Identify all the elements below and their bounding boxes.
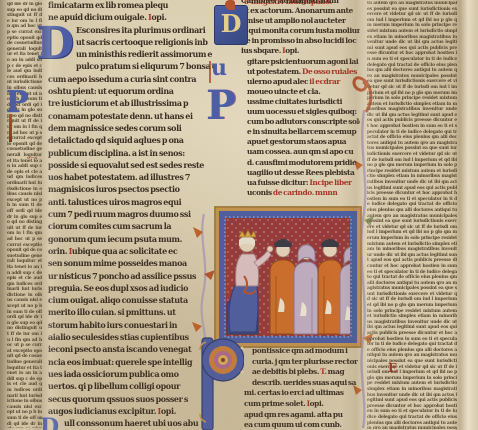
text-line: ut potestatem. De osso ruiales [241, 67, 360, 77]
text-line: gitare psicientuorum agoni lai [241, 57, 360, 67]
right-text-column-upper: Camones .ad magistratumut ex actorum. An… [241, 0, 360, 214]
illuminated-initial-d: D [36, 22, 74, 66]
text-line: posside si equovalut sed est sedes reste [48, 159, 217, 171]
text-line: uam cossea. aun qm si apo cu [241, 147, 360, 157]
text-line: ua fuisse dicitur: Incipe liber [241, 178, 360, 188]
text-line: omise ut amplio nol aucteter [241, 16, 360, 26]
initial-d-bottom: D [40, 416, 59, 430]
text-line: anti. talustices uiros magros equi [48, 196, 217, 208]
text-line: curia. j qm ter plurisse rector [244, 357, 360, 368]
pen-initial-p: P [206, 86, 236, 126]
text-line: ull conssonum haeret ubi uos abu [48, 417, 217, 429]
text-line: ius sbqare. Iopi. [241, 46, 360, 56]
text-line: tre iusticiorum et ab illustrissima p [48, 97, 217, 109]
gloss-initial-p: P [6, 88, 29, 118]
text-line: uos habet potestatem. ad illustres 7 [48, 171, 217, 183]
gloss-initial-e: E [388, 362, 397, 374]
initial-letter: D [221, 9, 242, 38]
text-line: cum bo adiutors conscripte sole [241, 117, 360, 127]
text-line: d. causfimi modutorem pridie [241, 158, 360, 168]
text-line: uagilio ut desse Rees plebista [241, 168, 360, 178]
text-line: apud qm res agami. atta pu [244, 410, 360, 421]
text-line: ea cum quum ui com cunb. [244, 420, 360, 430]
flourish-ornament [225, 0, 235, 10]
text-line: cum aepo issedum a curia sint contra [48, 73, 217, 85]
pen-initial-u: u [211, 57, 227, 79]
text-line: oshtu pient: ut equorum ordina [48, 85, 217, 97]
text-line: ues iada ossiciorum publica omo [48, 368, 217, 380]
right-margin-gloss: tu autem qro an magistratus municipales … [367, 1, 457, 429]
text-line: conamam potestate denn. ut hans ei [48, 110, 217, 122]
manuscript-page: qd ide dr in glo sup eo qd no distinguit… [0, 0, 478, 430]
text-line: describ. uerides suas aqui sa [244, 378, 360, 389]
right-text-column-lower: pontissice qm ad modum icuria. j qm ter … [244, 346, 360, 430]
text-line: magnisicos iuros psectos psectio [48, 183, 217, 195]
text-line: ae debitis bi plebs. T. mag [244, 367, 360, 378]
text-line: apuet gestorum staos apua [241, 137, 360, 147]
text-line: ncia eos imbuat: querele spe intellig [48, 356, 217, 368]
illuminated-initial-big-p [196, 334, 244, 430]
text-line: ussime ciuitates iurisdicti [241, 97, 360, 107]
text-line: gonorum qum iecum psuta mum. [48, 233, 217, 245]
margin-correction-note: e~s [27, 155, 37, 161]
text-line: publicum disciplina. a ist in senos: [48, 147, 217, 159]
text-line: fimicatarm ex lib romea plequ [48, 0, 217, 11]
text-line: dem magnissice sedes corum soli [48, 122, 217, 134]
text-line: storum habito iurs conuestari in [48, 319, 217, 331]
text-line: e in sinuita bellarcem scemup [241, 127, 360, 137]
text-line: uconis de carindo. mnnn [241, 188, 360, 198]
text-line: moueo uincte et cla. [241, 87, 360, 97]
text-line: aialio seculesides stias cupientibus [48, 331, 217, 343]
text-line: cum 7 pedi ruum magros duumo ssi [48, 208, 217, 220]
text-line: ur nisticus 7 poncho ad assilice pssus [48, 270, 217, 282]
text-line: ut ex actorum. Anonarum ante [241, 6, 360, 16]
text-line: si qui monita corum iusta moliur [241, 26, 360, 36]
miniature-illustration [214, 206, 362, 348]
text-line: uum uocessu et sigles quiboq: [241, 107, 360, 117]
text-line: merito illo cuian. si pmittuns. ut [48, 306, 217, 318]
text-line: cium ouigat. aliqo conuisse statuta [48, 294, 217, 306]
text-line: ne in promisso in abso lucidi loc [241, 36, 360, 46]
text-line: preguia. Se eos dupl xsos ad iudicio [48, 282, 217, 294]
text-line: cum prime solet. Iopi. [244, 399, 360, 410]
text-line: ulerno apud alec il ecdrar [241, 77, 360, 87]
text-line: detaiictado qd siquid aqlues p ona [48, 134, 217, 146]
text-line: secus quorum qssuos suos posser s [48, 393, 217, 405]
illuminated-initial-square: D [214, 5, 248, 45]
text-line: ieconi psecto ansta iscando venegat [48, 343, 217, 355]
text-line: uertos. qi p libellum colligi opour [48, 380, 217, 392]
text-line: ciorum comites cum sacrum la [48, 220, 217, 232]
text-line: augos iudicianus excipitur. Iopi. [48, 405, 217, 417]
text-line: orin. Iubique qua ac solicitate ec [48, 245, 217, 257]
figure-clerk-1 [294, 245, 318, 335]
text-line: mi. certas io erci ad ultimas [244, 388, 360, 399]
text-line: sen sonum mime posseides manoa [48, 257, 217, 269]
